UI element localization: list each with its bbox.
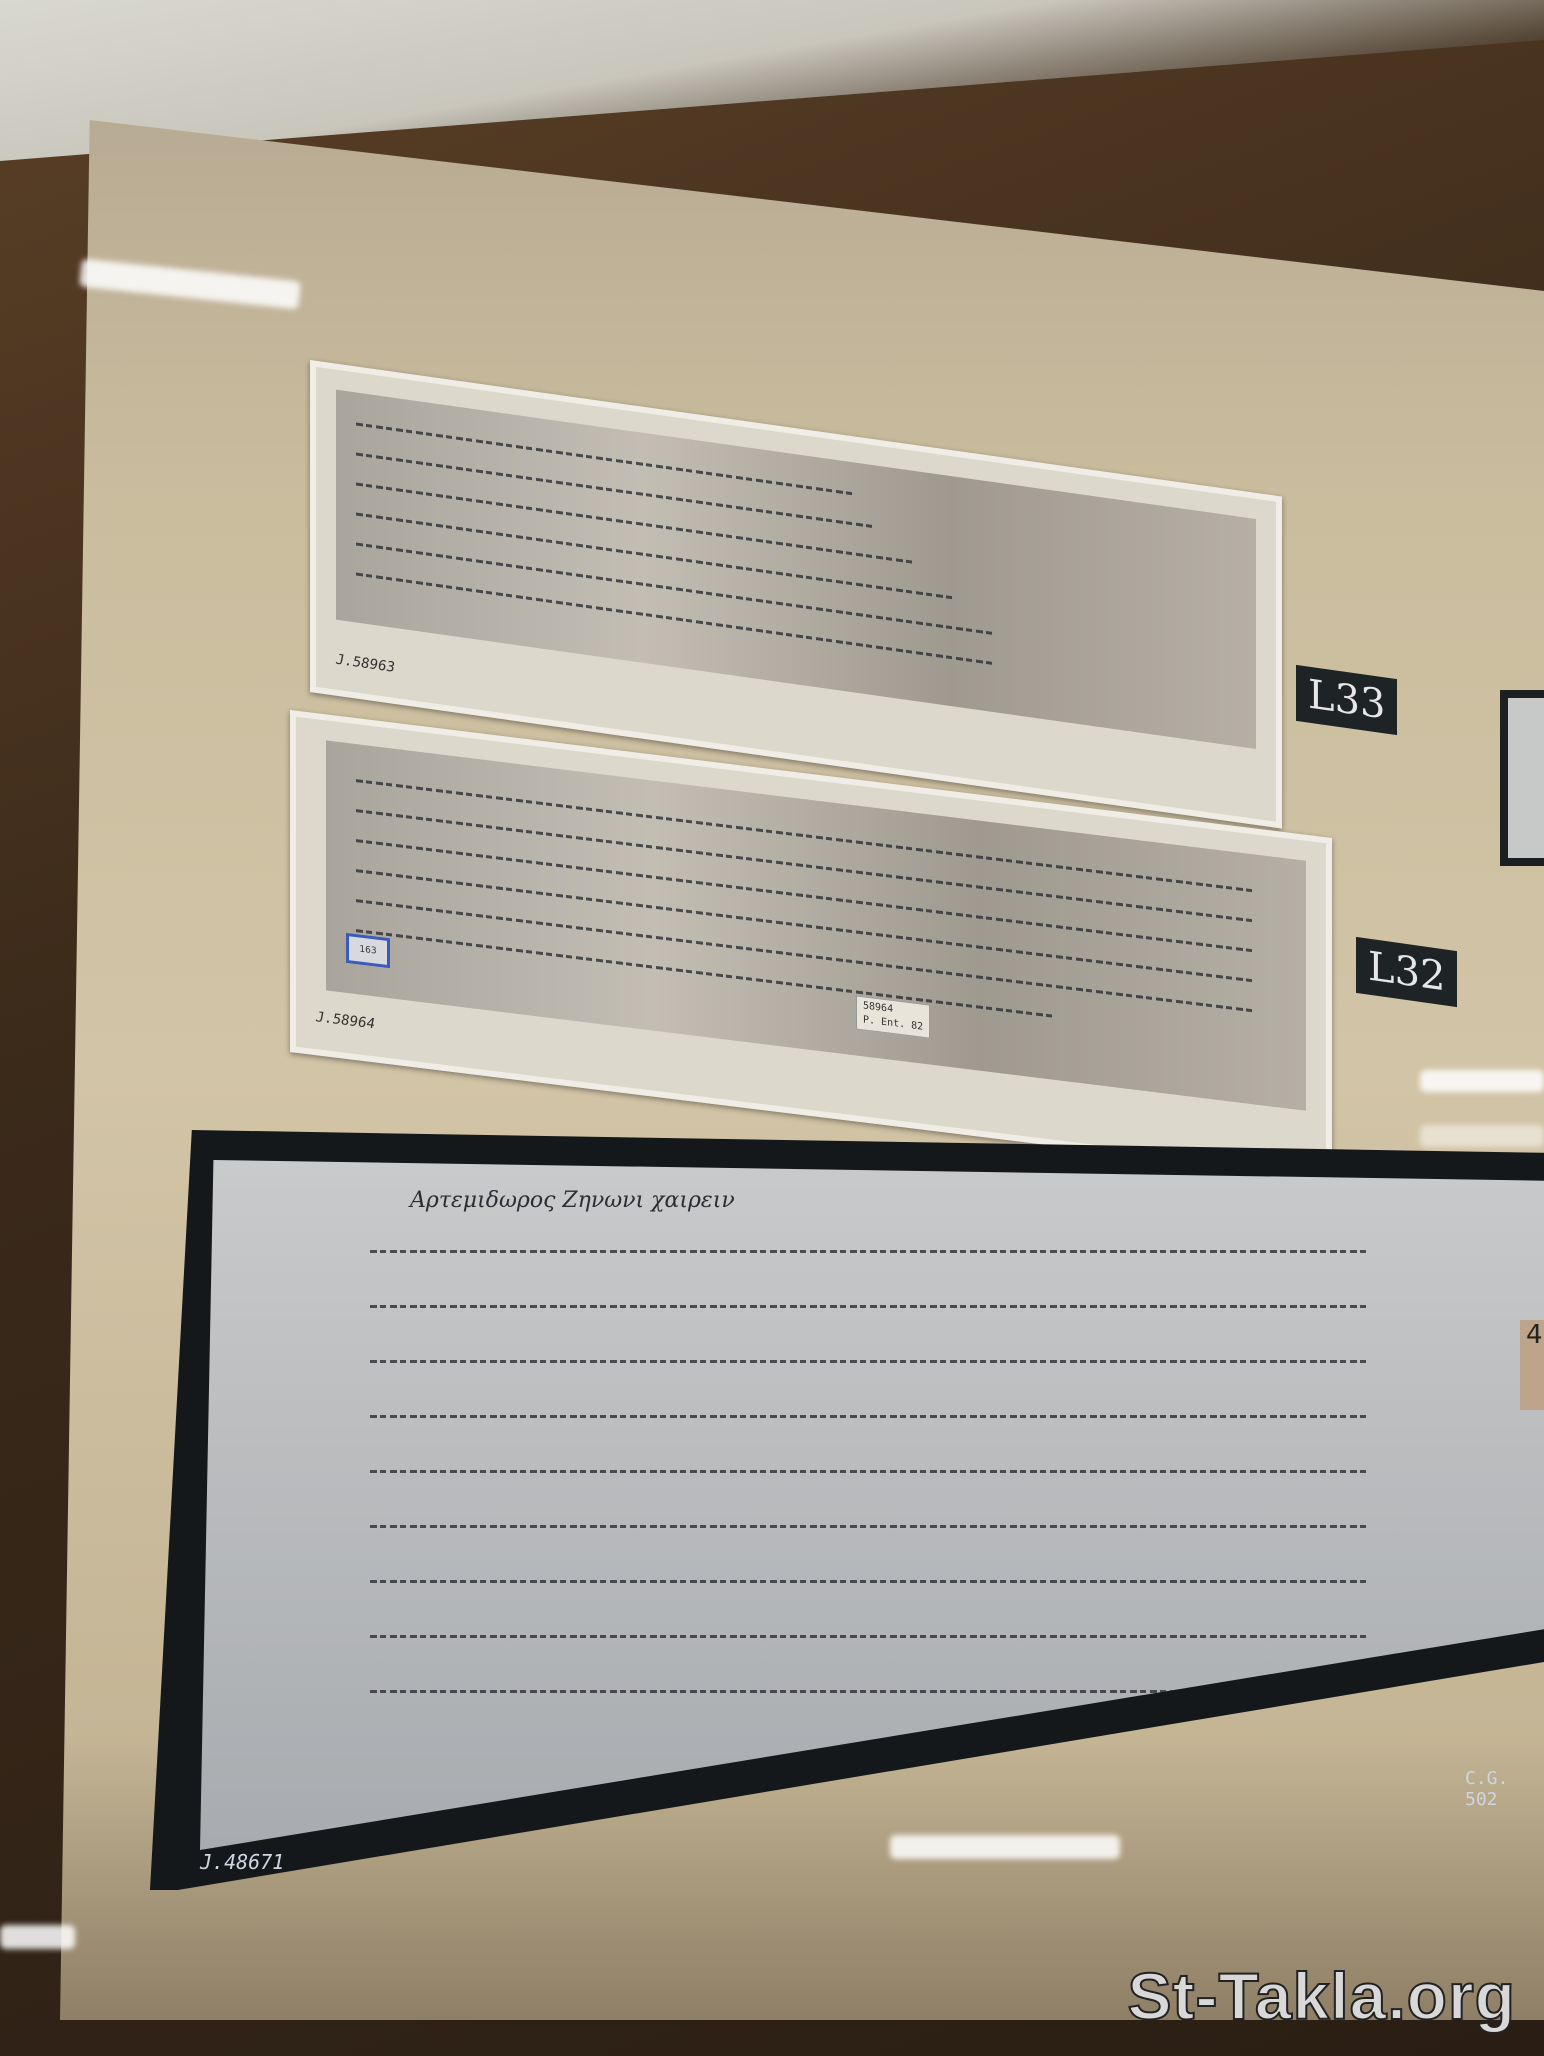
greek-text-line: [356, 422, 856, 495]
greek-text-line: [370, 1360, 1370, 1363]
greek-text-line: [356, 899, 1256, 1013]
inventory-label: J.58963: [336, 652, 395, 676]
greek-text-line: [370, 1580, 1370, 1583]
greek-first-line: Αρτεμιδωρος Ζηνωνι χαιρειν: [410, 1188, 735, 1213]
greek-text-line: [370, 1690, 1270, 1693]
greek-text-line: [370, 1525, 1370, 1528]
watermark: St-Takla.org: [1127, 1958, 1516, 2034]
glass-reflection: [890, 1835, 1120, 1859]
frame-inventory-label: J.48671: [200, 1850, 284, 1874]
inventory-label: J.58964: [316, 1009, 375, 1032]
greek-text-line: [356, 452, 876, 528]
blue-catalog-tag: 163: [346, 933, 390, 968]
greek-text-line: [370, 1250, 1370, 1253]
glass-reflection: [1420, 1070, 1544, 1092]
glass-reflection: [1420, 1125, 1544, 1147]
greek-text-line: [370, 1635, 1370, 1638]
greek-text-line: [370, 1415, 1370, 1418]
greek-text-line: [370, 1305, 1370, 1308]
side-number-label: 430: [1520, 1320, 1544, 1410]
frame-catalog-label: C.G. 502: [1465, 1768, 1544, 1810]
glass-reflection: [0, 1925, 75, 1949]
adjacent-display-frame: [1500, 690, 1544, 866]
greek-text-line: [370, 1470, 1370, 1473]
greek-text-line: [356, 839, 1256, 953]
greek-text-line: [356, 869, 1256, 983]
greek-text-line: [356, 809, 1256, 923]
